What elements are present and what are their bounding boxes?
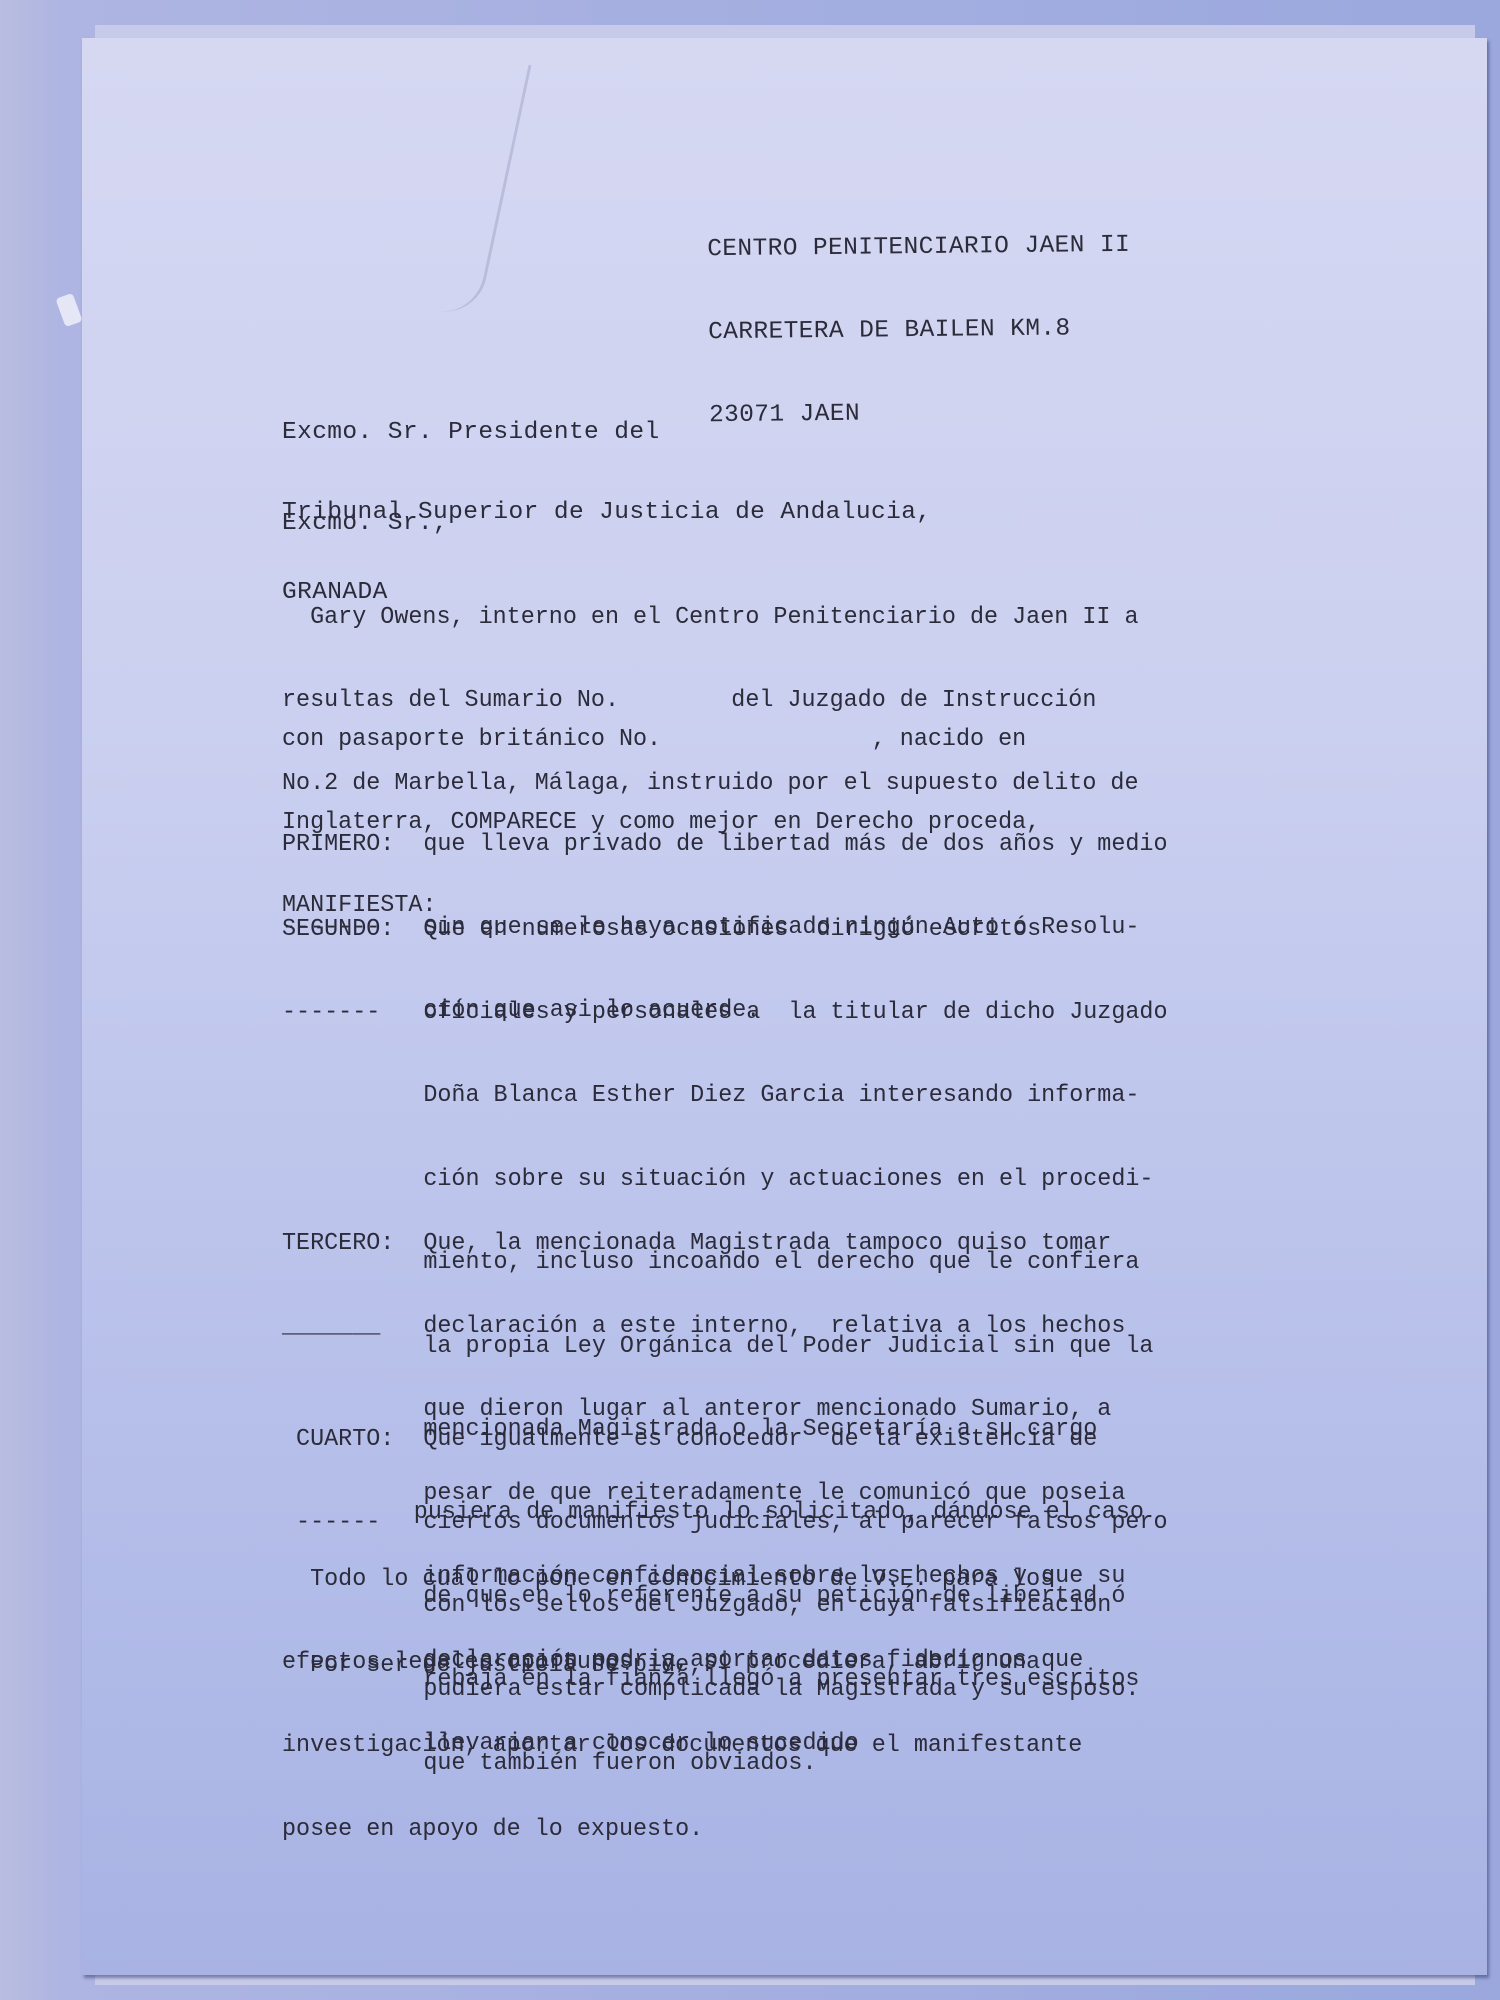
- section-line: Que en numerosas ocasiones dirigió escri…: [423, 916, 1041, 944]
- address-line: CARRETERA DE BAILEN KM.8: [708, 315, 1131, 348]
- section-underline: -------: [282, 999, 423, 1027]
- closing-line: Todo lo cual lo pone en conocimiento de …: [282, 1566, 1082, 1594]
- section-line: oficiales y personales a la titular de d…: [423, 999, 1167, 1027]
- section-line: Que igualmente es conocedor de la existe…: [423, 1426, 1097, 1454]
- closing-line: posee en apoyo de lo expuesto.: [282, 1816, 1082, 1844]
- section-label: SEGUNDO:: [282, 916, 423, 944]
- identity-line: con pasaporte británico No. , nacido en: [282, 726, 1040, 754]
- section-line: que lleva privado de libertad más de dos…: [423, 831, 1167, 859]
- recipient-line: Excmo. Sr. Presidente del: [282, 419, 931, 445]
- address-line: CENTRO PENITENCIARIO JAEN II: [707, 232, 1130, 265]
- final-line: Por ser de justicia se pide,: [282, 1652, 703, 1680]
- intro-line: Gary Owens, interno en el Centro Peniten…: [282, 604, 1139, 632]
- section-label: CUARTO:: [282, 1426, 423, 1454]
- section-line: declaración a este interno, relativa a l…: [423, 1313, 1125, 1341]
- closing-line: investigación, aportar los documentos qu…: [282, 1732, 1082, 1760]
- paper-fold-crease: [435, 56, 531, 319]
- section-line: Que, la mencionada Magistrada tampoco qu…: [423, 1230, 1111, 1258]
- section-line: Doña Blanca Esther Diez Garcia interesan…: [423, 1082, 1139, 1110]
- section-label: TERCERO:: [282, 1230, 423, 1258]
- section-underline: _______: [282, 1313, 423, 1341]
- salutation: Excmo. Sr.,: [282, 510, 448, 537]
- section-label: PRIMERO:: [282, 831, 423, 859]
- closing-paragraph: Todo lo cual lo pone en conocimiento de …: [282, 1510, 1082, 1871]
